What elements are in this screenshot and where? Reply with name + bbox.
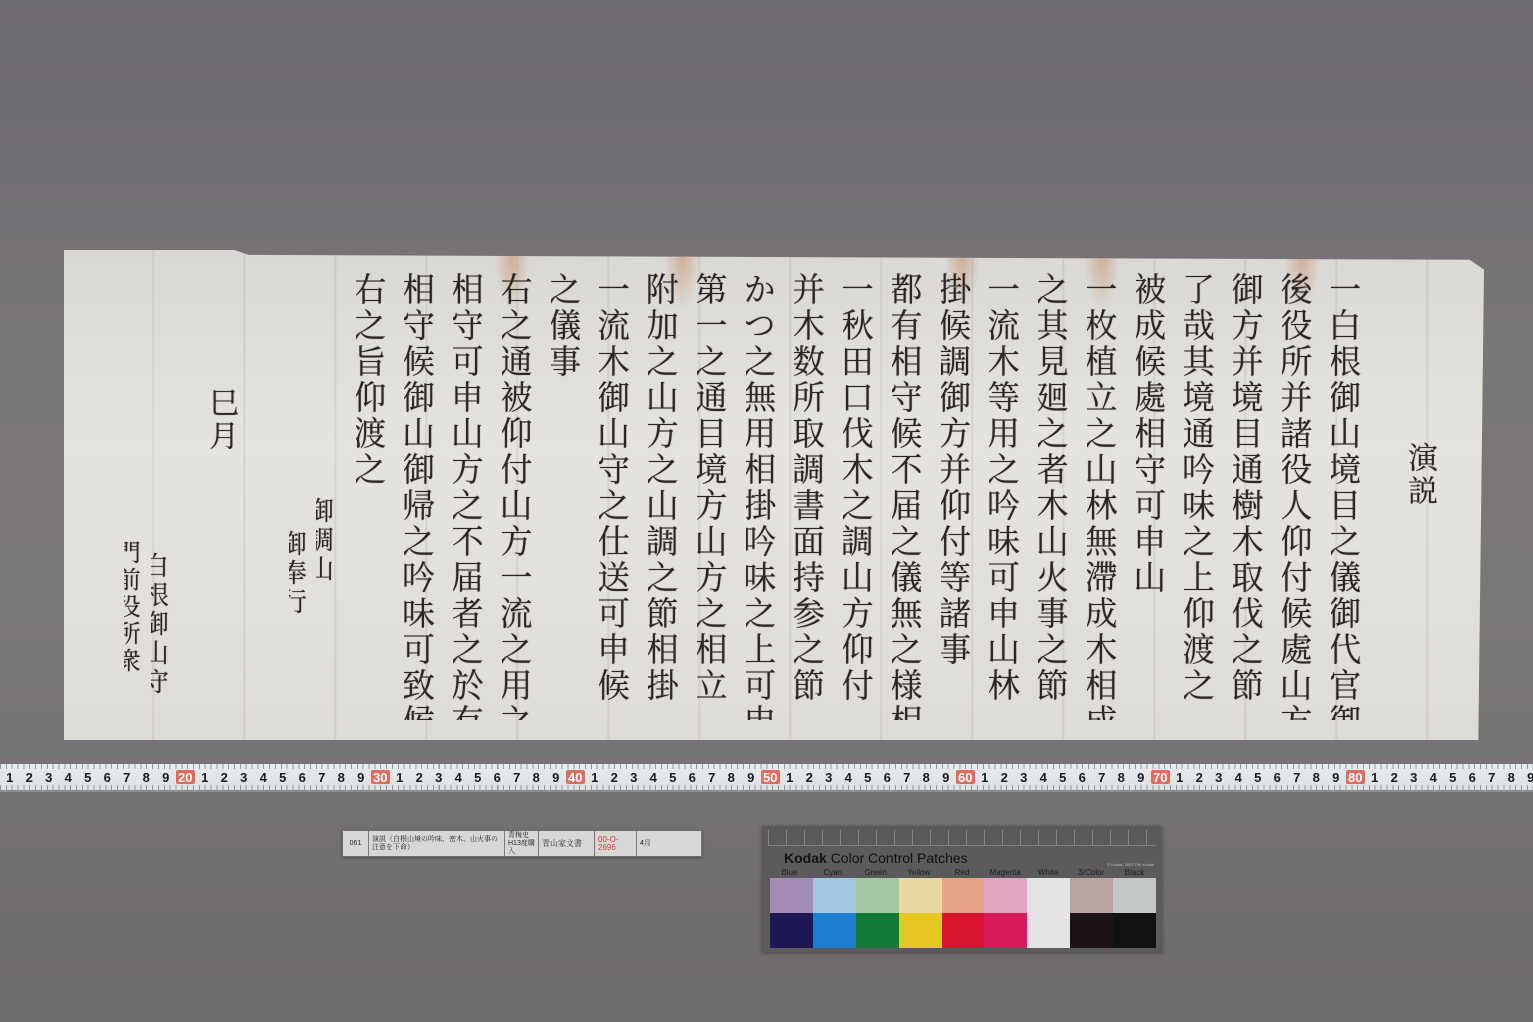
patch-dark: [856, 913, 899, 948]
color-patch: [856, 878, 899, 948]
text-column: 一秋田口伐木之調山方仰付: [843, 272, 880, 720]
ruler-mark: 3: [1404, 764, 1424, 790]
ruler-mark: 2: [215, 764, 235, 790]
ruler-mark: 6: [1073, 764, 1093, 790]
date-column: 巳月: [208, 387, 245, 720]
color-patch: [984, 878, 1027, 948]
ruler-mark: 7: [507, 764, 527, 790]
text-column: 并木数所取調書面持参之節: [794, 272, 831, 720]
label-source: 青梅史 H13度購入: [505, 831, 539, 856]
label-date: 4月: [637, 831, 701, 856]
ruler-mark: 6: [1268, 764, 1288, 790]
text-column: 相守候御山御帰之吟味可致候: [404, 272, 441, 720]
ruler-mark: 5: [1248, 764, 1268, 790]
ruler-mark: 9: [156, 764, 176, 790]
ruler-mark: 6: [1463, 764, 1483, 790]
ruler-mark: 50: [761, 770, 781, 784]
patch-name: Black: [1113, 868, 1156, 877]
signature-column: 門前役所衆: [124, 540, 151, 720]
ruler-mark: 3: [429, 764, 449, 790]
ruler-mark: 6: [683, 764, 703, 790]
ruler-mark: 9: [351, 764, 371, 790]
patch-name: Blue: [768, 868, 811, 877]
ruler-mark: 3: [819, 764, 839, 790]
ruler-mark: 8: [137, 764, 157, 790]
text-column: 一流木御山守之仕送可申候: [599, 272, 636, 720]
ruler-mark: 7: [1482, 764, 1502, 790]
ruler-mark: 8: [722, 764, 742, 790]
patch-dark: [1027, 913, 1070, 948]
patch-dark: [899, 913, 942, 948]
patch-dark: [813, 913, 856, 948]
patch-light: [856, 878, 899, 913]
ruler-mark: 1: [1365, 764, 1385, 790]
ruler-mark: 40: [566, 770, 586, 784]
patch-dark: [1070, 913, 1113, 948]
ruler-mark: 4: [59, 764, 79, 790]
ruler-mark: 7: [312, 764, 332, 790]
ruler-mark: 4: [449, 764, 469, 790]
text-column: 掛候調御方并仰付等諸事: [941, 272, 978, 720]
card-copyright: © Kodak, 2007 TM: Kodak: [1107, 862, 1154, 867]
ruler-mark: 70: [1151, 770, 1171, 784]
ruler-mark: 30: [371, 770, 391, 784]
brand-name: Kodak: [784, 850, 827, 866]
ruler-mark: 60: [956, 770, 976, 784]
patch-name: Yellow: [897, 868, 940, 877]
label-collection: 青山家文書: [539, 831, 595, 856]
label-title: 演説（白根山境の吟味、密木、山火事の注意を下命）: [369, 831, 505, 856]
text-column: 一枚植立之山林無滯成木相成候: [1087, 272, 1124, 720]
card-scale: [768, 830, 1156, 846]
ruler-mark: 7: [1092, 764, 1112, 790]
ruler-mark: 5: [663, 764, 683, 790]
patch-dark: [770, 913, 813, 948]
ruler-mark: 6: [488, 764, 508, 790]
ruler-mark: 2: [605, 764, 625, 790]
ruler-mark: 1: [975, 764, 995, 790]
signature-column: 御奉行: [289, 530, 316, 720]
ruler-mark: 4: [1229, 764, 1249, 790]
ruler-mark: 2: [1190, 764, 1210, 790]
catalog-label: 061 演説（白根山境の吟味、密木、山火事の注意を下命） 青梅史 H13度購入 …: [342, 830, 702, 857]
text-column: 右之旨仰渡之: [356, 272, 393, 720]
patch-dark: [984, 913, 1027, 948]
ruler-mark: 5: [858, 764, 878, 790]
ruler-mark: 20: [176, 770, 196, 784]
ruler-mark: 3: [234, 764, 254, 790]
patch-name: Cyan: [811, 868, 854, 877]
patch-light: [1027, 878, 1070, 913]
text-column: 之其見廻之者木山火事之節: [1038, 272, 1075, 720]
patch-dark: [1113, 913, 1156, 948]
ruler-mark: 8: [1307, 764, 1327, 790]
signature-column: 白根御山守: [151, 552, 178, 720]
color-patch: [770, 878, 813, 948]
ruler-mark: 9: [936, 764, 956, 790]
ruler-mark: 3: [39, 764, 59, 790]
document-title: 演説: [1407, 442, 1444, 720]
text-column: かつ之無用相掛吟味之上可申: [746, 272, 783, 720]
ruler-mark: 5: [78, 764, 98, 790]
patch-dark: [942, 913, 985, 948]
measuring-ruler: 1234567892012345678930123456789401234567…: [0, 764, 1533, 792]
patch-names: BlueCyanGreenYellowRedMagentaWhite3/Colo…: [768, 868, 1156, 877]
ruler-mark: 3: [1014, 764, 1034, 790]
text-column: 第一之通目境方山方之相立: [697, 272, 734, 720]
color-control-card: Kodak Color Control Patches © Kodak, 200…: [762, 826, 1162, 952]
color-patch: [1070, 878, 1113, 948]
patch-light: [899, 878, 942, 913]
ruler-mark: 7: [897, 764, 917, 790]
ruler-mark: 3: [1209, 764, 1229, 790]
color-patch: [813, 878, 856, 948]
color-patch: [942, 878, 985, 948]
ruler-mark: 6: [878, 764, 898, 790]
text-column: 相守可申山方之不届者之於有之: [453, 272, 490, 720]
ruler-mark: 2: [800, 764, 820, 790]
text-column: 之儀事: [551, 272, 588, 720]
color-patch: [1113, 878, 1156, 948]
patch-light: [984, 878, 1027, 913]
ruler-mark: 6: [293, 764, 313, 790]
ruler-mark: 5: [273, 764, 293, 790]
ruler-mark: 4: [1424, 764, 1444, 790]
ruler-mark: 8: [917, 764, 937, 790]
label-id: 00-O-2696: [595, 831, 637, 856]
text-column: 一流木等用之吟味可申山林: [989, 272, 1026, 720]
text-column: 被成候處相守可申山: [1136, 272, 1173, 720]
ruler-mark: 8: [332, 764, 352, 790]
label-number: 061: [343, 831, 369, 856]
ruler-mark: 1: [195, 764, 215, 790]
ruler-mark: 8: [1502, 764, 1522, 790]
ruler-mark: 4: [839, 764, 859, 790]
ruler-mark: 1: [585, 764, 605, 790]
ruler-mark: 9: [1131, 764, 1151, 790]
ruler-mark: 1: [390, 764, 410, 790]
patch-light: [770, 878, 813, 913]
ruler-mark: 7: [702, 764, 722, 790]
patch-light: [942, 878, 985, 913]
text-column: 都有相守候不届之儀無之様相勤可申: [892, 272, 929, 720]
text-column: 一白根御山境目之儀御代官御役山: [1331, 272, 1368, 720]
text-column: 御方并境目通樹木取伐之節: [1233, 272, 1270, 720]
color-patch: [1027, 878, 1070, 948]
ruler-mark: 80: [1346, 770, 1366, 784]
signature-column: 御調山: [316, 497, 343, 720]
ruler-mark: 4: [254, 764, 274, 790]
patch-name: 3/Color: [1070, 868, 1113, 877]
ruler-mark: 9: [741, 764, 761, 790]
historical-document: 演説 一白根御山境目之儀御代官御役山 後役所并諸役人仰付候處山方衆之 御方并境目…: [64, 250, 1484, 740]
ruler-mark: 6: [98, 764, 118, 790]
text-columns: 演説 一白根御山境目之儀御代官御役山 後役所并諸役人仰付候處山方衆之 御方并境目…: [64, 250, 1484, 740]
ruler-mark: 8: [1112, 764, 1132, 790]
ruler-mark: 4: [644, 764, 664, 790]
ruler-mark: 2: [20, 764, 40, 790]
ruler-mark: 9: [1521, 764, 1533, 790]
ruler-mark: 2: [410, 764, 430, 790]
ruler-mark: 9: [1326, 764, 1346, 790]
text-column: 了哉其境通吟味之上仰渡之: [1184, 272, 1221, 720]
text-column: 後役所并諸役人仰付候處山方衆之: [1282, 272, 1319, 720]
ruler-mark: 2: [995, 764, 1015, 790]
color-patch: [899, 878, 942, 948]
ruler-mark: 1: [0, 764, 20, 790]
text-column: 附加之山方之山調之節相掛: [648, 272, 685, 720]
ruler-mark: 1: [1170, 764, 1190, 790]
patch-name: White: [1027, 868, 1070, 877]
ruler-mark: 5: [468, 764, 488, 790]
ruler-mark: 7: [1287, 764, 1307, 790]
patch-light: [1070, 878, 1113, 913]
ruler-mark: 1: [780, 764, 800, 790]
product-name: Color Control Patches: [831, 850, 968, 866]
ruler-mark: 8: [527, 764, 547, 790]
ruler-mark: 5: [1443, 764, 1463, 790]
patch-light: [813, 878, 856, 913]
ruler-mark: 3: [624, 764, 644, 790]
color-patches: [770, 878, 1156, 948]
ruler-mark: 4: [1034, 764, 1054, 790]
text-column: 右之通被仰付山方一流之用之: [502, 272, 539, 720]
patch-name: Red: [940, 868, 983, 877]
ruler-mark: 2: [1385, 764, 1405, 790]
ruler-mark: 9: [546, 764, 566, 790]
ruler-mark: 5: [1053, 764, 1073, 790]
card-brand: Kodak Color Control Patches: [784, 850, 968, 866]
patch-name: Magenta: [984, 868, 1027, 877]
patch-name: Green: [854, 868, 897, 877]
patch-light: [1113, 878, 1156, 913]
ruler-mark: 7: [117, 764, 137, 790]
